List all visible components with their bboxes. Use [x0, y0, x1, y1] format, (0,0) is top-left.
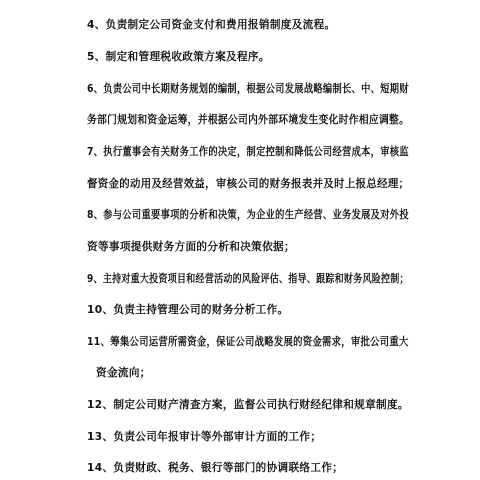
- duty-item-10: 10、负责主持管理公司的财务分析工作。: [87, 303, 288, 317]
- duty-item-6-line-2: 务部门规划和资金运筹，并根据公司内外部环境发生变化时作相应调整。: [87, 113, 409, 127]
- duty-item-7-line-2: 督资金的动用及经营效益，审核公司的财务报表并及时上报总经理；: [87, 177, 409, 191]
- duty-item-9: 9、主持对重大投资项目和经营活动的风险评估、指导、跟踪和财务风险控制；: [87, 272, 409, 286]
- duty-item-4: 4、负责制定公司资金支付和费用报销制度及流程。: [87, 18, 335, 32]
- duty-item-5: 5、制定和管理税收政策方案及程序。: [87, 50, 270, 64]
- duty-item-8-line-1: 8、参与公司重要事项的分析和决策，为企业的生产经营、业务发展及对外投: [87, 208, 409, 222]
- duty-item-11-line-1: 11、筹集公司运营所需资金，保证公司战略发展的资金需求，审批公司重大: [87, 335, 409, 349]
- duty-item-13: 13、负责公司年报审计等外部审计方面的工作；: [87, 430, 321, 444]
- duty-item-7-line-1: 7、执行董事会有关财务工作的决定，制定控制和降低公司经营成本，审核监: [87, 145, 409, 159]
- duty-item-11-line-2: 资金流向；: [96, 366, 151, 380]
- duty-item-8-line-2: 资等事项提供财务方面的分析和决策依据；: [87, 240, 295, 254]
- duty-item-6-line-1: 6、负责公司中长期财务规划的编制，根据公司发展战略编制长、中、短期财: [87, 82, 409, 96]
- document-page: 4、负责制定公司资金支付和费用报销制度及流程。 5、制定和管理税收政策方案及程序…: [0, 0, 480, 480]
- duty-item-12: 12、制定公司财产清查方案，监督公司执行财经纪律和规章制度。: [87, 398, 409, 412]
- duty-item-14: 14、负责财政、税务、银行等部门的协调联络工作；: [87, 461, 343, 475]
